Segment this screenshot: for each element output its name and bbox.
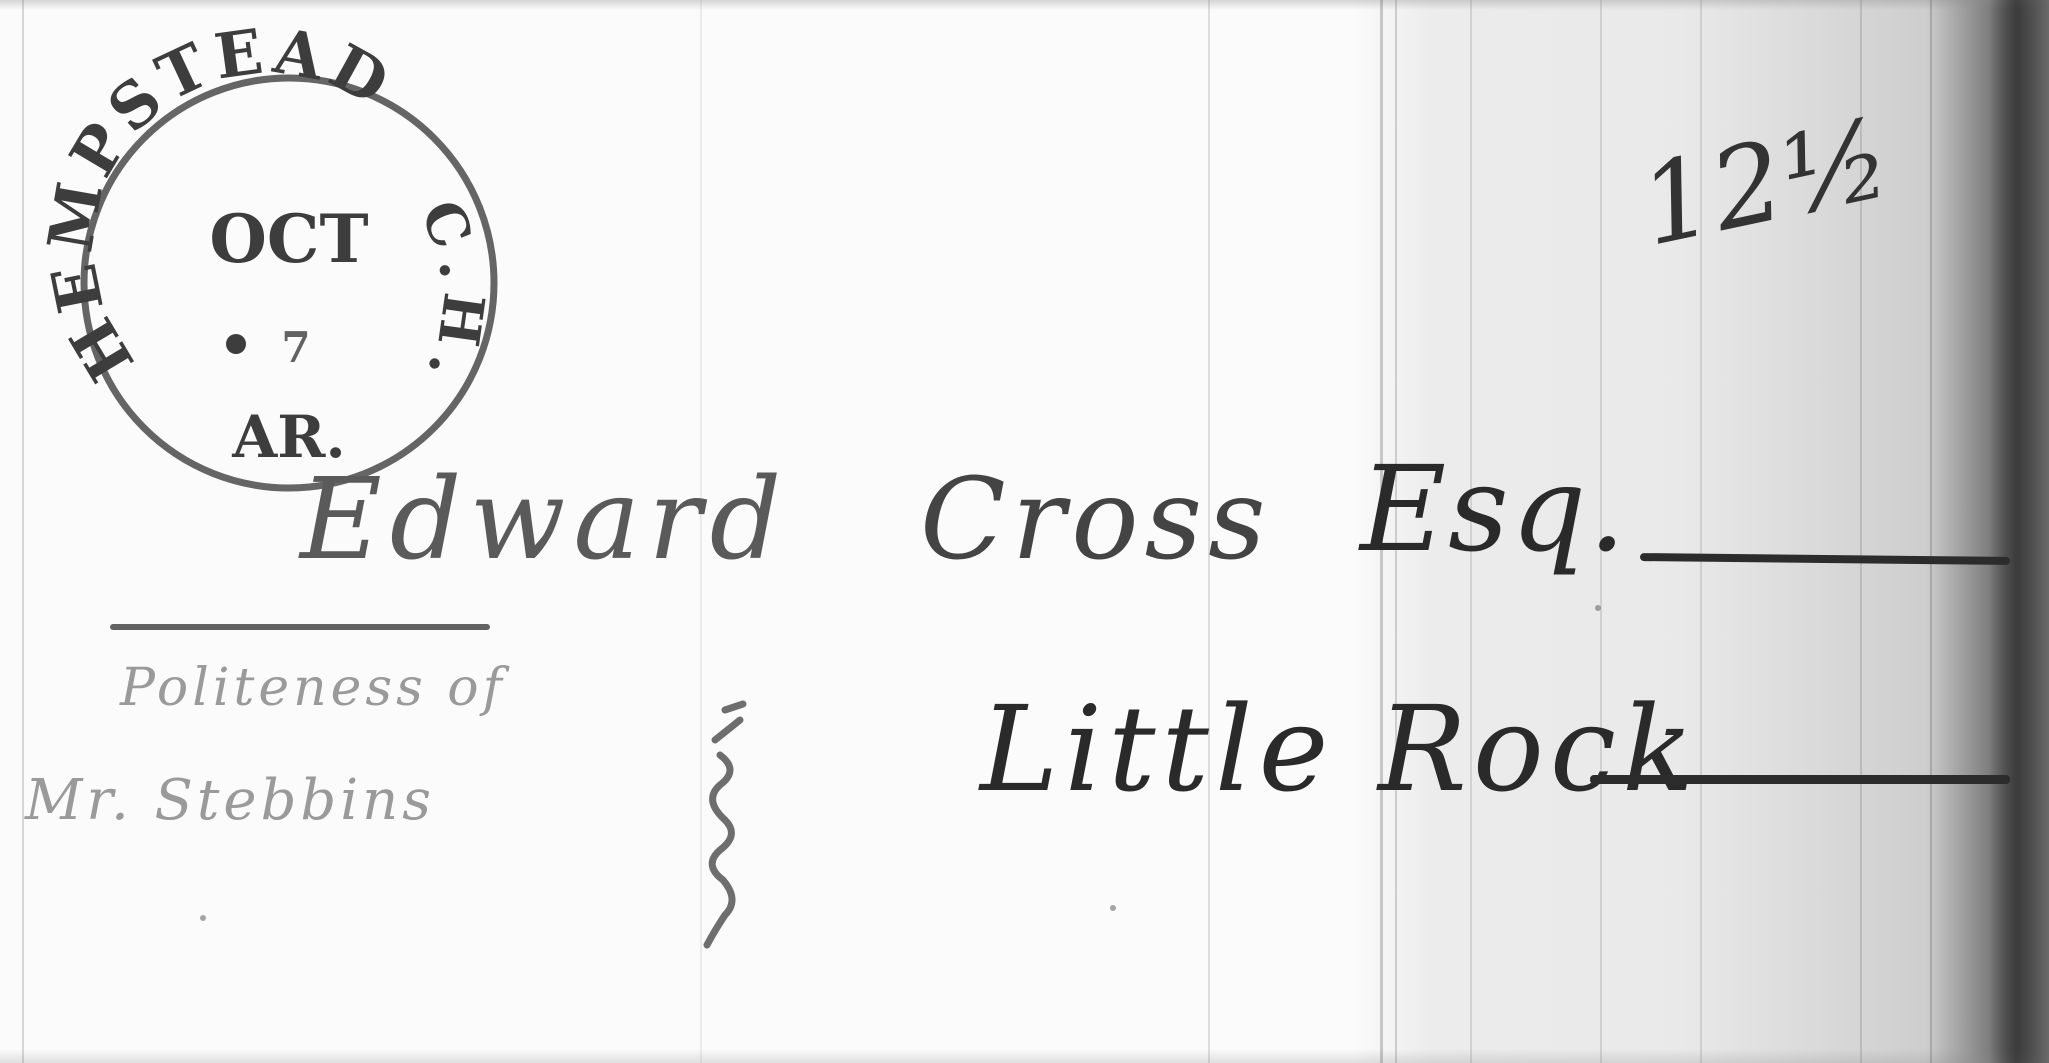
envelope-cover: HEMPSTEAD C.H. OCT 7 AR. 12½ Edward Cros…: [0, 0, 2049, 1063]
paper-fold-line: [22, 0, 24, 1063]
addressee-first-name: Edward: [300, 455, 789, 585]
wavy-line-mark: [695, 700, 755, 950]
circular-postmark: HEMPSTEAD C.H. OCT 7 AR.: [68, 62, 510, 504]
paper-fold-line: [1930, 0, 1932, 1063]
destination-city: Little Rock: [980, 680, 1700, 818]
separator-underline: [110, 624, 490, 630]
courtesy-line-1: Politeness of: [120, 658, 506, 718]
addressee-surname: Cross: [920, 455, 1272, 585]
top-edge-shadow: [0, 0, 2049, 10]
paper-speck: [1595, 605, 1601, 611]
paper-speck: [1110, 905, 1116, 911]
courtesy-line-2: Mr. Stebbins: [25, 768, 435, 833]
bottom-edge-shadow: [0, 1049, 2049, 1063]
postmark-month: OCT: [209, 200, 368, 278]
city-flourish: [1590, 775, 2010, 784]
postage-rate: 12½: [1629, 93, 1903, 271]
postmark-icon: HEMPSTEAD C.H. OCT 7 AR.: [68, 62, 510, 504]
addressee-title: Esq.: [1360, 440, 1628, 578]
title-flourish: [1640, 553, 2010, 565]
paper-speck: [200, 915, 206, 921]
postmark-day: 7: [281, 323, 310, 372]
right-edge-shadow: [1989, 0, 2049, 1063]
